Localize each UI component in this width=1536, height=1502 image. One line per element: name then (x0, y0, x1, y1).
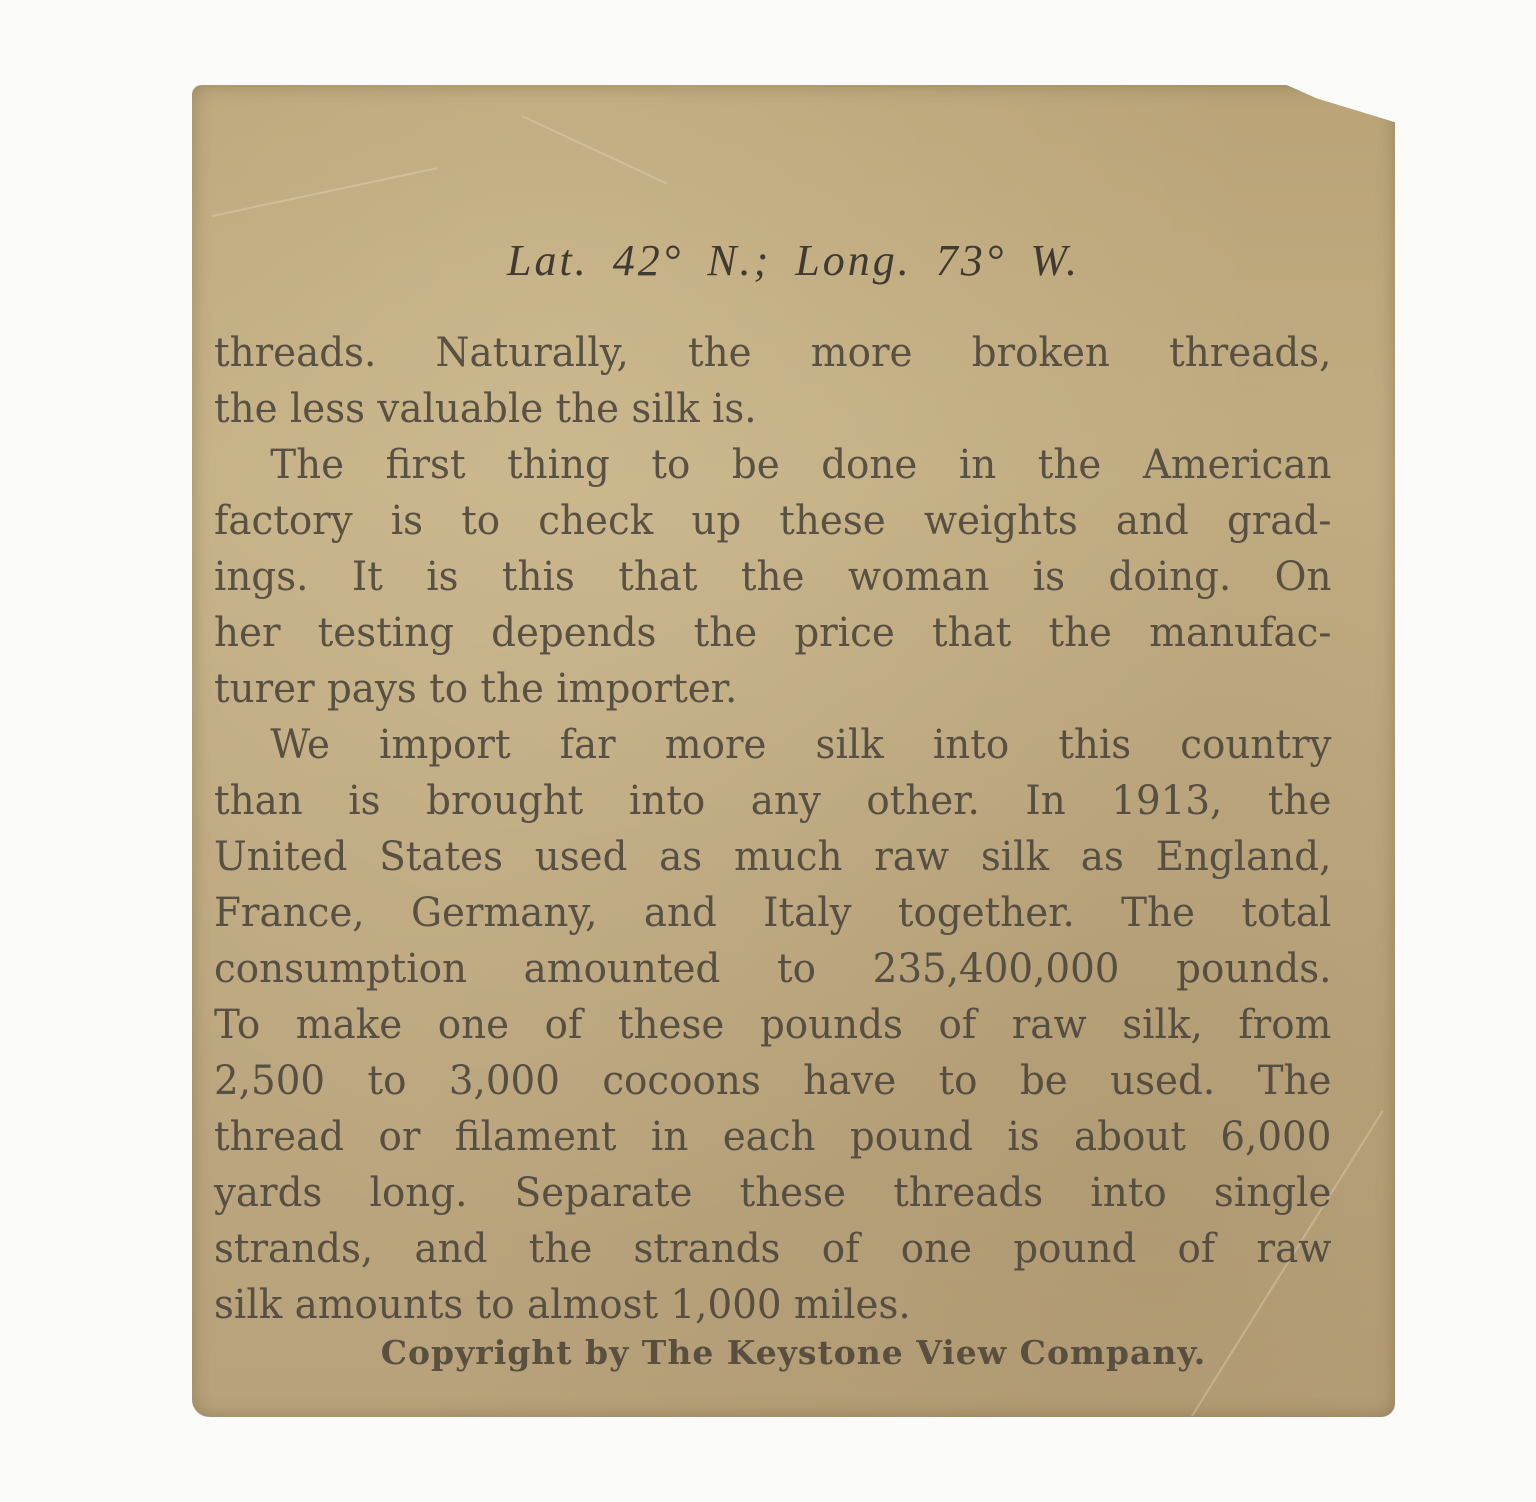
text-line: consumption amounted to 235,400,000 poun… (214, 941, 1331, 997)
text-line: threads. Naturally, the more broken thre… (214, 325, 1331, 381)
text-line: yards long. Separate these threads into … (214, 1165, 1331, 1221)
text-line: thread or filament in each pound is abou… (214, 1109, 1331, 1165)
text-line: ings. It is this that the woman is doing… (214, 549, 1331, 605)
coordinates-header: Lat. 42° N.; Long. 73° W. (192, 235, 1395, 286)
card-crease (212, 167, 437, 217)
text-line: To make one of these pounds of raw silk,… (214, 997, 1331, 1053)
text-line: The first thing to be done in the Americ… (214, 437, 1331, 493)
copyright-notice: Copyright by The Keystone View Company. (192, 1333, 1395, 1372)
text-line: factory is to check up these weights and… (214, 493, 1331, 549)
stereoview-card: Lat. 42° N.; Long. 73° W. threads. Natur… (192, 85, 1395, 1417)
body-text: threads. Naturally, the more broken thre… (214, 325, 1366, 1333)
text-line: France, Germany, and Italy together. The… (214, 885, 1331, 941)
card-crease (522, 115, 668, 184)
text-line: We import far more silk into this countr… (214, 717, 1331, 773)
text-line: the less valuable the silk is. (214, 381, 1331, 437)
text-line: United States used as much raw silk as E… (214, 829, 1331, 885)
text-line: than is brought into any other. In 1913,… (214, 773, 1331, 829)
text-line: silk amounts to almost 1,000 miles. (214, 1277, 1331, 1333)
text-line: strands, and the strands of one pound of… (214, 1221, 1331, 1277)
text-line: 2,500 to 3,000 cocoons have to be used. … (214, 1053, 1331, 1109)
text-line: her testing depends the price that the m… (214, 605, 1331, 661)
text-line: turer pays to the importer. (214, 661, 1331, 717)
